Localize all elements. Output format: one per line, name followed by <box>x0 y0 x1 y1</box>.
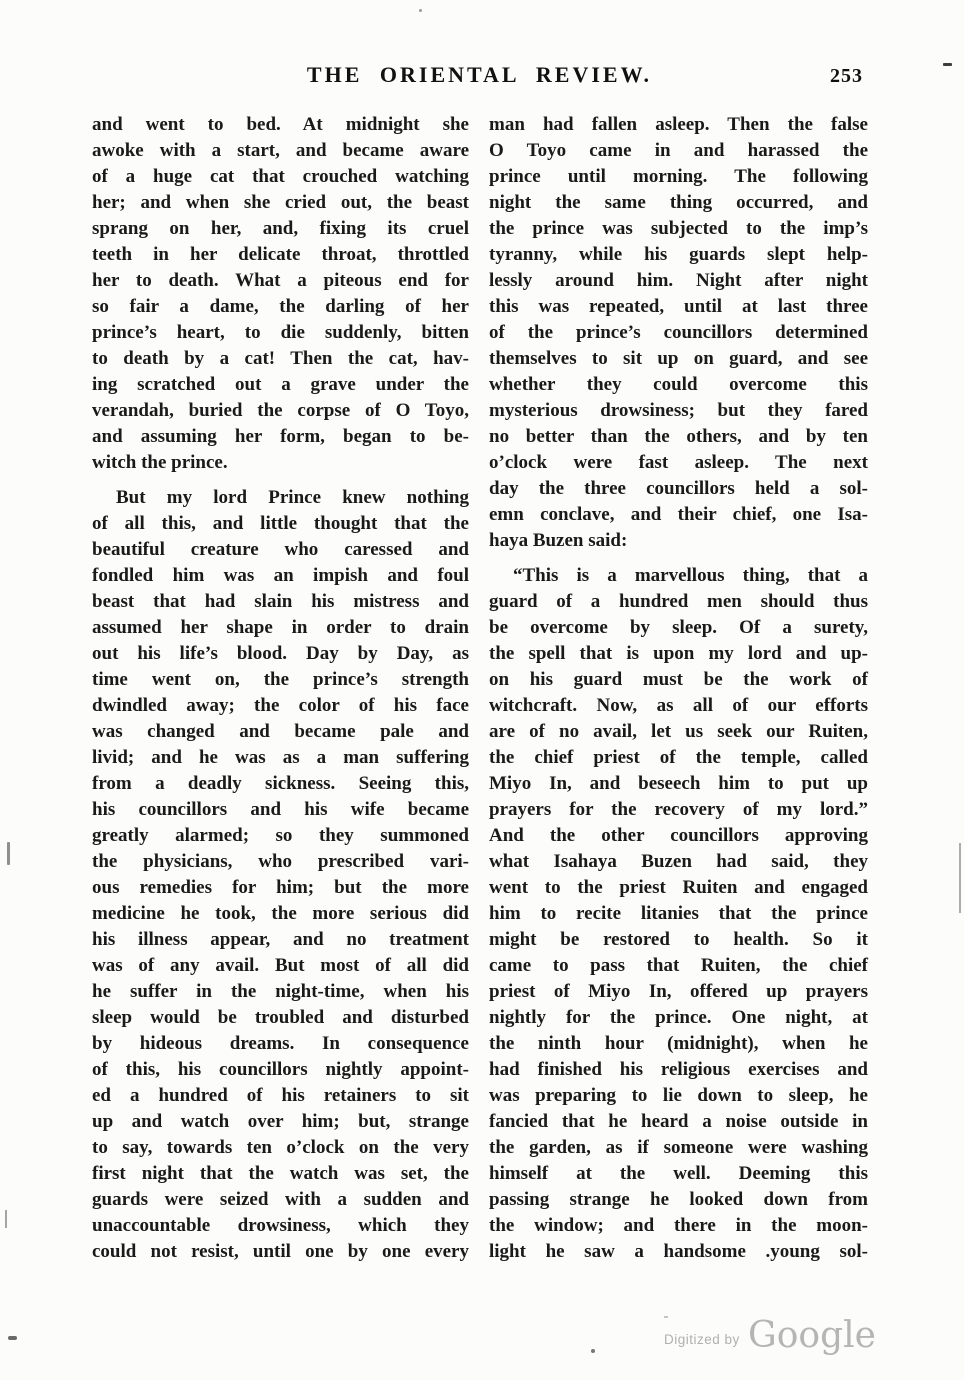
text-line: livid; and he was as a man suffering <box>92 745 469 771</box>
text-line: had finished his religious exercises and <box>489 1057 868 1083</box>
text-line: might be restored to health. So it <box>489 927 868 953</box>
text-line: light he saw a handsome .young sol- <box>489 1239 868 1265</box>
text-line: sprang on her, and, fixing its cruel <box>92 216 469 242</box>
text-line: him to recite litanies that the prince <box>489 901 868 927</box>
text-line: dwindled away; the color of his face <box>92 693 469 719</box>
text-line: to death by a cat! Then the cat, hav- <box>92 346 469 372</box>
text-line: by hideous dreams. In consequence <box>92 1031 469 1057</box>
text-line: beautiful creature who caressed and <box>92 537 469 563</box>
scan-dash-top-right <box>943 63 952 66</box>
text-line: beast that had slain his mistress and <box>92 589 469 615</box>
scan-tick-left-margin-2 <box>5 1210 7 1228</box>
text-line: And the other councillors approving <box>489 823 868 849</box>
text-line: from a deadly sickness. Seeing this, <box>92 771 469 797</box>
text-line: the prince was subjected to the imp’s <box>489 216 868 242</box>
paragraph: But my lord Prince knew nothingof all th… <box>92 485 469 1265</box>
text-line: his illness appear, and no treatment <box>92 927 469 953</box>
text-line: the window; and there in the moon- <box>489 1213 868 1239</box>
text-line: unaccountable drowsiness, which they <box>92 1213 469 1239</box>
text-line: the garden, as if someone were washing <box>489 1135 868 1161</box>
text-line: could not resist, until one by one every <box>92 1239 469 1265</box>
text-line: prince’s heart, to die suddenly, bitten <box>92 320 469 346</box>
text-line: the spell that is upon my lord and up- <box>489 641 868 667</box>
text-line: of the prince’s councillors determined <box>489 320 868 346</box>
page-title: THE ORIENTAL REVIEW. <box>92 62 867 88</box>
text-line: But my lord Prince knew nothing <box>92 485 469 511</box>
text-line: guards were seized with a sudden and <box>92 1187 469 1213</box>
text-line: himself at the well. Deeming this <box>489 1161 868 1187</box>
page-number: 253 <box>830 65 863 88</box>
text-line: fondled him was an impish and foul <box>92 563 469 589</box>
scan-speck-watermark <box>664 1316 668 1318</box>
text-line: priest of Miyo In, offered up prayers <box>489 979 868 1005</box>
paragraph: man had fallen asleep. Then the falseO T… <box>489 112 868 554</box>
text-line: and assuming her form, began to be- <box>92 424 469 450</box>
text-line: was changed and became pale and <box>92 719 469 745</box>
text-line: whether they could overcome this <box>489 372 868 398</box>
text-line: passing strange he looked down from <box>489 1187 868 1213</box>
text-line: of a huge cat that crouched watching <box>92 164 469 190</box>
scan-tick-left-margin-1 <box>7 842 10 865</box>
text-line: prayers for the recovery of my lord.” <box>489 797 868 823</box>
text-line: tyranny, while his guards slept help- <box>489 242 868 268</box>
text-line: greatly alarmed; so they summoned <box>92 823 469 849</box>
text-line: haya Buzen said: <box>489 528 868 554</box>
paragraph: “This is a marvellous thing, that aguard… <box>489 563 868 1265</box>
text-line: sleep would be troubled and disturbed <box>92 1005 469 1031</box>
text-line: o’clock were fast asleep. The next <box>489 450 868 476</box>
text-line: was preparing to lie down to sleep, he <box>489 1083 868 1109</box>
paragraph: and went to bed. At midnight sheawoke wi… <box>92 112 469 476</box>
text-line: witch the prince. <box>92 450 469 476</box>
text-line: to say, towards ten o’clock on the very <box>92 1135 469 1161</box>
text-line: her; and when she cried out, the beast <box>92 190 469 216</box>
text-line: up and watch over him; but, strange <box>92 1109 469 1135</box>
text-line: witchcraft. Now, as all of our efforts <box>489 693 868 719</box>
text-line: “This is a marvellous thing, that a <box>489 563 868 589</box>
text-line: medicine he took, the more serious did <box>92 901 469 927</box>
text-line: emn conclave, and their chief, one Isa- <box>489 502 868 528</box>
text-line: guard of a hundred men should thus <box>489 589 868 615</box>
text-line: first night that the watch was set, the <box>92 1161 469 1187</box>
text-line: Miyo In, and beseech him to put up <box>489 771 868 797</box>
text-line: man had fallen asleep. Then the false <box>489 112 868 138</box>
watermark-text: Digitized by <box>664 1332 740 1347</box>
text-line: be overcome by sleep. Of a surety, <box>489 615 868 641</box>
text-line: he suffer in the night-time, when his <box>92 979 469 1005</box>
text-line: the ninth hour (midnight), when he <box>489 1031 868 1057</box>
text-line: verandah, buried the corpse of O Toyo, <box>92 398 469 424</box>
text-line: lessly around him. Night after night <box>489 268 868 294</box>
text-line: time went on, the prince’s strength <box>92 667 469 693</box>
text-line: what Isahaya Buzen had said, they <box>489 849 868 875</box>
text-line: went to the priest Ruiten and engaged <box>489 875 868 901</box>
text-line: out his life’s blood. Day by Day, as <box>92 641 469 667</box>
text-line: so fair a dame, the darling of her <box>92 294 469 320</box>
text-line: his councillors and his wife became <box>92 797 469 823</box>
watermark: Digitized by Google <box>664 1315 884 1370</box>
google-logo: Google <box>748 1318 876 1354</box>
text-line: her to death. What a piteous end for <box>92 268 469 294</box>
text-line: O Toyo came in and harassed the <box>489 138 868 164</box>
scan-speck-bottom-left <box>8 1336 17 1340</box>
text-line: was of any avail. But most of all did <box>92 953 469 979</box>
text-line: are of no avail, let us seek our Ruiten, <box>489 719 868 745</box>
text-line: came to pass that Ruiten, the chief <box>489 953 868 979</box>
scan-speck-top <box>419 9 422 12</box>
text-line: themselves to sit up on guard, and see <box>489 346 868 372</box>
text-line: of all this, and little thought that the <box>92 511 469 537</box>
text-line: on his guard must be the work of <box>489 667 868 693</box>
text-line: of this, his councillors nightly appoint… <box>92 1057 469 1083</box>
scan-line-right-margin <box>959 843 961 913</box>
text-line: fancied that he heard a noise outside in <box>489 1109 868 1135</box>
text-line: this was repeated, until at last three <box>489 294 868 320</box>
text-line: and went to bed. At midnight she <box>92 112 469 138</box>
text-line: teeth in her delicate throat, throttled <box>92 242 469 268</box>
scanned-book-page: THE ORIENTAL REVIEW. 253 and went to bed… <box>0 0 964 1380</box>
text-line: ous remedies for him; but the more <box>92 875 469 901</box>
scan-speck-bottom-mid <box>591 1349 595 1353</box>
text-line: prince until morning. The following <box>489 164 868 190</box>
text-column-right: man had fallen asleep. Then the falseO T… <box>489 112 868 1265</box>
text-line: ing scratched out a grave under the <box>92 372 469 398</box>
text-column-left: and went to bed. At midnight sheawoke wi… <box>92 112 469 1265</box>
text-line: no better than the others, and by ten <box>489 424 868 450</box>
text-line: the chief priest of the temple, called <box>489 745 868 771</box>
text-line: assumed her shape in order to drain <box>92 615 469 641</box>
text-line: nightly for the prince. One night, at <box>489 1005 868 1031</box>
text-line: day the three councillors held a sol- <box>489 476 868 502</box>
text-line: ed a hundred of his retainers to sit <box>92 1083 469 1109</box>
page-header: THE ORIENTAL REVIEW. 253 <box>92 60 867 94</box>
text-line: mysterious drowsiness; but they fared <box>489 398 868 424</box>
text-line: night the same thing occurred, and <box>489 190 868 216</box>
text-line: awoke with a start, and became aware <box>92 138 469 164</box>
text-line: the physicians, who prescribed vari- <box>92 849 469 875</box>
